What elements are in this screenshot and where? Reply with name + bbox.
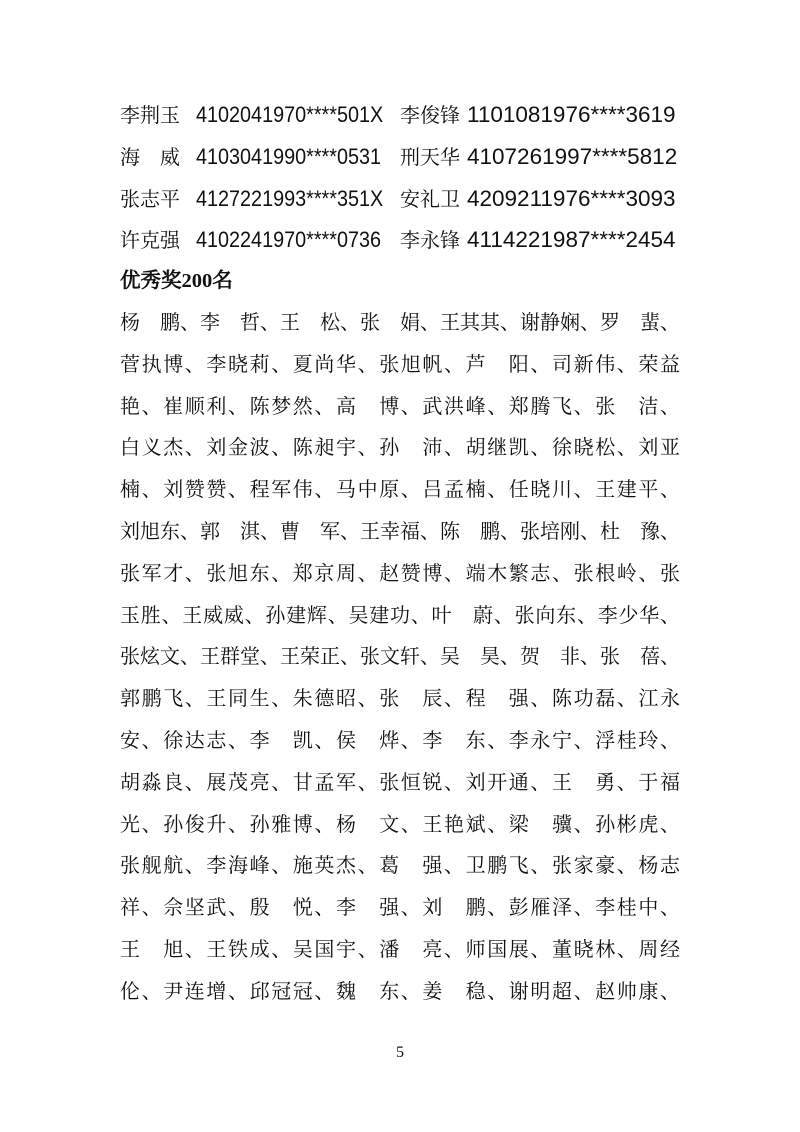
person-name: 李永锋 [400, 221, 460, 263]
winners-line: 白义杰、刘金波、陈昶宇、孙 沛、胡继凯、徐晓松、刘亚 [120, 428, 680, 470]
id-entry-row: 海 威 4103041990****0531 刑天华 4107261997***… [120, 136, 680, 178]
winners-line: 光、孙俊升、孙雅博、杨 文、王艳斌、梁 骥、孙彬虎、 [120, 805, 680, 847]
id-number: 4102241970****0736 [196, 219, 381, 261]
person-name: 李俊锋 [400, 96, 460, 138]
id-number: 4209211976****3093 [467, 178, 676, 220]
person-name: 刑天华 [400, 138, 460, 180]
person-id: 4209211976****3093 [467, 178, 680, 222]
document-page: 李荆玉 4102041970****501X 李俊锋 1101081976***… [0, 0, 800, 1132]
winners-line: 张舰航、李海峰、施英杰、葛 强、卫鹏飞、张家豪、杨志 [120, 846, 680, 888]
winners-line: 玉胜、王威威、孙建辉、吴建功、叶 蔚、张向东、李少华、 [120, 596, 680, 638]
person-name: 海 威 [120, 138, 180, 180]
winners-line: 王 旭、王铁成、吴国宇、潘 亮、师国展、董晓林、周经 [120, 930, 680, 972]
person-id: 4103041990****0531 [196, 136, 384, 180]
winners-line: 张军才、张旭东、郑京周、赵赞博、端木繁志、张根岭、张 [120, 554, 680, 596]
winners-line: 艳、崔顺利、陈梦然、高 博、武洪峰、郑腾飞、张 洁、 [120, 387, 680, 429]
id-entry-row: 许克强 4102241970****0736 李永锋 4114221987***… [120, 219, 680, 261]
id-number: 4102041970****501X [196, 94, 383, 136]
id-number: 4107261997****5812 [467, 136, 677, 178]
id-number: 1101081976****3619 [467, 94, 676, 136]
winners-line: 楠、刘赞赞、程军伟、马中原、吕孟楠、任晓川、王建平、 [120, 470, 680, 512]
winners-line: 胡淼良、展茂亮、甘孟军、张恒锐、刘开通、王 勇、于福 [120, 763, 680, 805]
id-entry-row: 张志平 4127221993****351X 安礼卫 4209211976***… [120, 178, 680, 220]
person-name: 李荆玉 [120, 96, 180, 138]
winners-line: 郭鹏飞、王同生、朱德昭、张 辰、程 强、陈功磊、江永 [120, 679, 680, 721]
winners-line: 刘旭东、郭 淇、曹 军、王幸福、陈 鹏、张培刚、杜 豫、 [120, 512, 680, 554]
person-name: 安礼卫 [400, 180, 460, 222]
person-id: 4102041970****501X [196, 94, 384, 138]
section-heading: 优秀奖200名 [120, 261, 680, 303]
id-number: 4114221987****2454 [467, 219, 676, 261]
person-name: 张志平 [120, 180, 180, 222]
person-id: 4114221987****2454 [467, 219, 680, 263]
page-number: 5 [0, 1044, 800, 1062]
person-id: 4107261997****5812 [467, 136, 680, 180]
person-id: 4102241970****0736 [196, 219, 384, 263]
person-id: 1101081976****3619 [467, 94, 680, 138]
page-content: 李荆玉 4102041970****501X 李俊锋 1101081976***… [120, 94, 680, 1014]
id-number: 4127221993****351X [196, 178, 383, 220]
winners-line: 伦、尹连增、邱冠冠、魏 东、姜 稳、谢明超、赵帅康、 [120, 972, 680, 1014]
winners-line: 安、徐达志、李 凯、侯 烨、李 东、李永宁、浮桂玲、 [120, 721, 680, 763]
id-entry-row: 李荆玉 4102041970****501X 李俊锋 1101081976***… [120, 94, 680, 136]
winners-line: 张炫文、王群堂、王荣正、张文轩、吴 昊、贺 非、张 蓓、 [120, 637, 680, 679]
winners-line: 杨 鹏、李 哲、王 松、张 娟、王其其、谢静娴、罗 蜚、 [120, 303, 680, 345]
winners-line: 祥、佘坚武、殷 悦、李 强、刘 鹏、彭雁泽、李桂中、 [120, 888, 680, 930]
id-number: 4103041990****0531 [196, 136, 381, 178]
person-id: 4127221993****351X [196, 178, 384, 222]
winners-line: 菅执博、李晓莉、夏尚华、张旭帆、芦 阳、司新伟、荣益 [120, 345, 680, 387]
person-name: 许克强 [120, 221, 180, 263]
